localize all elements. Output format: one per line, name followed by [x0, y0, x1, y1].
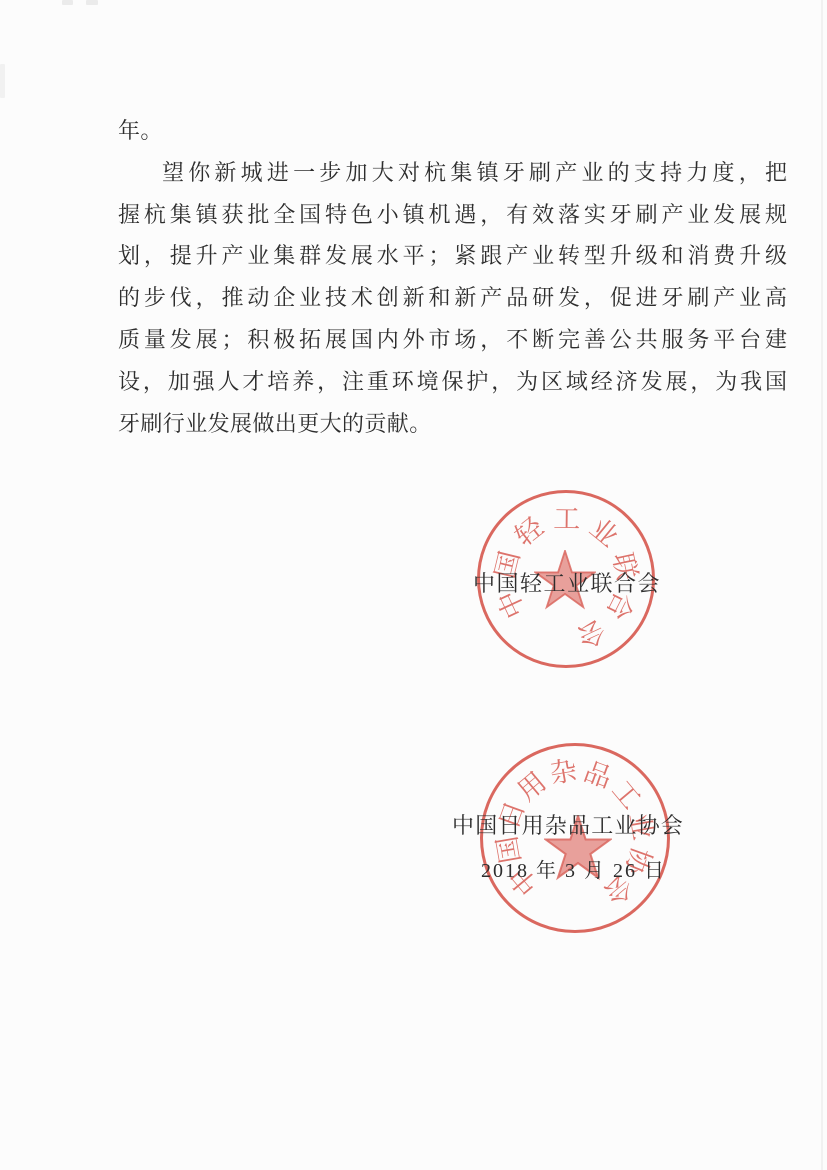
- seal-arc-char: 轻: [508, 511, 550, 553]
- scanned-letter-page: 年。 望你新城进一步加大对杭集镇牙刷产业的支持力度，把 握杭集镇获批全国特色小镇…: [0, 0, 827, 1170]
- body-line: 设，加强人才培养，注重环境保护，为区域经济发展，为我国: [118, 361, 787, 403]
- seal-arc-char: 业: [583, 511, 625, 553]
- seal-arc-char: 工: [552, 504, 582, 534]
- body-line: 质量发展；积极拓展国内外市场，不断完善公共服务平台建: [118, 319, 787, 361]
- seal-arc-char: 会: [571, 613, 611, 653]
- body-line: 的步伐，推动企业技术创新和新产品研发，促进牙刷产业高: [118, 277, 787, 319]
- signature-org-2: 中国日用杂品工业协会: [452, 809, 684, 840]
- body-line: 划，提升产业集群发展水平；紧跟产业转型升级和消费升级: [118, 235, 787, 277]
- scan-artifact: [62, 0, 73, 5]
- seal-arc-char: 杂: [546, 755, 581, 790]
- body-line: 望你新城进一步加大对杭集镇牙刷产业的支持力度，把: [118, 152, 787, 194]
- signature-date: 2018 年 3 月 26 日: [481, 854, 666, 883]
- scan-artifact: [0, 64, 5, 98]
- scan-edge-shadow: [821, 0, 823, 1170]
- letter-body: 年。 望你新城进一步加大对杭集镇牙刷产业的支持力度，把 握杭集镇获批全国特色小镇…: [118, 110, 787, 444]
- body-line: 握杭集镇获批全国特色小镇机遇，有效落实牙刷产业发展规: [118, 194, 787, 236]
- body-line: 年。: [118, 110, 787, 152]
- scan-artifact: [86, 0, 98, 5]
- body-line: 牙刷行业发展做出更大的贡献。: [118, 403, 787, 445]
- signature-org-1: 中国轻工业联合会: [473, 567, 661, 598]
